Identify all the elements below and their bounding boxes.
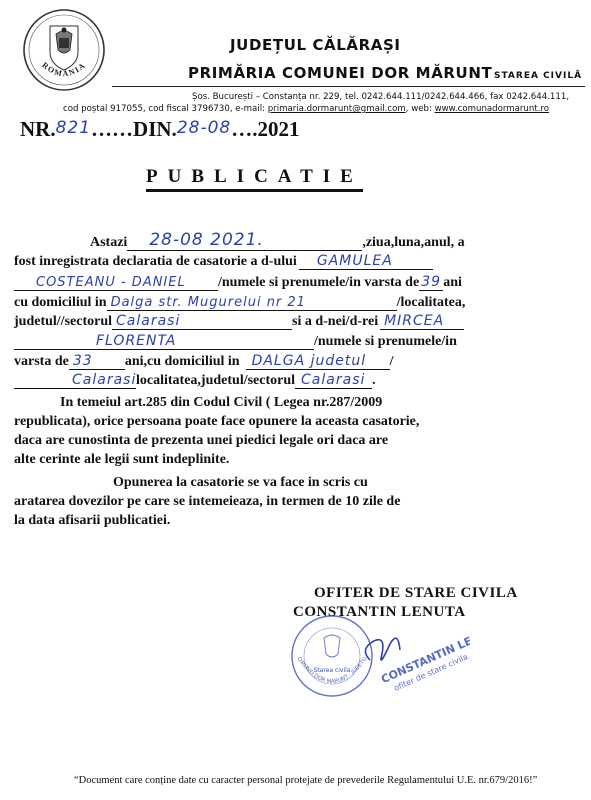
date-value: 28-08 — [177, 118, 231, 138]
bride-age: 33 — [73, 353, 93, 369]
registration-number-line: NR.821……DIN.28-08….2021 — [20, 117, 299, 142]
bride-domicile-text: ani,cu domiciliul in — [125, 354, 240, 369]
department-label: STAREA CIVILĂ — [494, 71, 582, 81]
form-line-declaration: fost inregistrata declaratia de casatori… — [14, 253, 433, 270]
legal-basis-line3: daca are cunostinta de prezenta unei pie… — [14, 431, 388, 450]
bride-county-field: Calarasi — [295, 372, 372, 389]
legal-basis-line4: alte cerinte ale legii sunt indeplinite. — [14, 450, 229, 469]
bride-locality-field: Calarasi — [14, 372, 136, 389]
bride-surname: MIRCEA — [384, 313, 444, 329]
nr-dots: … — [91, 117, 112, 141]
bride-intro-text: si a d-nei/d-rei — [292, 314, 378, 329]
name-text: /numele si prenumele/in — [314, 334, 457, 349]
header-divider — [112, 86, 585, 87]
groom-address: Dalga str. Mugurelui nr 21 — [111, 295, 306, 310]
date-handwritten: 28-08 2021. — [149, 230, 263, 250]
office-heading: PRIMĂRIA COMUNEI DOR MĂRUNT — [188, 64, 492, 82]
bride-surname-field: MIRCEA — [380, 313, 464, 330]
age-text: varsta de — [14, 354, 69, 369]
opposition-line2: aratarea dovezilor pe care se intemeieaz… — [14, 492, 400, 511]
opposition-line3: la data afisarii publicatiei. — [14, 511, 170, 530]
ani-label: ani — [443, 275, 462, 290]
declaration-text: fost inregistrata declaratia de casatori… — [14, 254, 297, 269]
date-dots: …. — [231, 117, 257, 141]
date-field: 28-08 2021. — [127, 234, 362, 251]
website-link[interactable]: www.comunadormarunt.ro — [435, 104, 549, 114]
groom-surname-field: GAMULEA — [299, 253, 433, 270]
svg-text:ROMÂNIA: ROMÂNIA — [40, 60, 87, 78]
bride-given-field: FLORENTA — [14, 333, 314, 350]
legal-basis-line2: republicata), orice persoana poate face … — [14, 412, 419, 431]
contact-line: cod poștal 917055, cod fiscal 3796730, e… — [63, 104, 549, 114]
bride-given-name: FLORENTA — [96, 333, 176, 349]
name-age-text: /numele si prenumele/in varsta de — [218, 275, 419, 290]
groom-county: Calarasi — [116, 313, 180, 329]
gdpr-notice: “Document care conține date cu caracter … — [74, 775, 537, 786]
groom-surname: GAMULEA — [317, 253, 393, 269]
form-line-bride-name: FLORENTA/numele si prenumele/in — [14, 333, 457, 350]
year: 2021 — [257, 117, 299, 141]
form-line-bride-age-address: varsta de33ani,cu domiciliul inDALGA jud… — [14, 353, 393, 370]
address-line: Șos. București – Constanța nr. 229, tel.… — [192, 92, 569, 102]
official-stamp-and-signature-icon: Starea civila PRIMARIA COMUNEI DOR MARUN… — [290, 610, 470, 705]
postal-fiscal-text: cod poștal 917055, cod fiscal 3796730, e… — [63, 104, 268, 114]
email-link[interactable]: primaria.dormarunt@gmail.com — [268, 104, 406, 114]
date-suffix: ,ziua,luna,anul, a — [362, 235, 464, 250]
opposition-line1: Opunerea la casatorie se va face in scri… — [113, 473, 368, 492]
locality-text: /localitatea, — [397, 295, 466, 310]
county-heading: JUDEȚUL CĂLĂRAȘI — [230, 36, 401, 54]
groom-county-field: Calarasi — [112, 313, 292, 330]
bride-locality: Calarasi — [72, 372, 136, 388]
form-line-bride-locality: Calarasilocalitatea,judetul/sectorulCala… — [14, 372, 376, 389]
nr-value: 821 — [56, 118, 91, 138]
groom-given-field: COSTEANU - DANIEL — [14, 274, 218, 291]
astazi-label: Astazi — [90, 235, 127, 250]
groom-age: 39 — [421, 274, 441, 290]
din-label: …DIN. — [112, 117, 177, 141]
legal-basis-line1: In temeiul art.285 din Codul Civil ( Leg… — [60, 393, 382, 412]
bride-address: DALGA judetul — [252, 353, 367, 369]
slash: / — [390, 354, 394, 369]
web-prefix: , web: — [406, 104, 435, 114]
locality-county-text: localitatea,judetul/sectorul — [136, 373, 295, 388]
bride-county: Calarasi — [301, 372, 365, 388]
form-line-county-bride: judetul//sectorulCalarasisi a d-nei/d-re… — [14, 313, 464, 330]
form-line-date: Astazi28-08 2021.,ziua,luna,anul, a — [90, 234, 465, 251]
bride-age-field: 33 — [69, 353, 125, 370]
nr-label: NR. — [20, 117, 56, 141]
groom-address-field: Dalga str. Mugurelui nr 21 — [107, 294, 397, 311]
groom-age-field: 39 — [419, 274, 443, 291]
officer-title: OFITER DE STARE CIVILA — [314, 585, 518, 602]
form-line-groom-name: COSTEANU - DANIEL/numele si prenumele/in… — [14, 274, 462, 291]
form-line-groom-address: cu domiciliul inDalga str. Mugurelui nr … — [14, 294, 465, 311]
period: . — [372, 373, 376, 388]
county-text: judetul//sectorul — [14, 314, 112, 329]
romania-coat-of-arms-seal-icon: ROMÂNIA — [22, 8, 106, 92]
groom-given-name: COSTEANU - DANIEL — [36, 275, 186, 290]
document-title: PUBLICATIE — [146, 166, 363, 192]
domicile-text: cu domiciliul in — [14, 295, 107, 310]
bride-address-field: DALGA judetul — [246, 353, 390, 370]
svg-text:Starea civila: Starea civila — [314, 667, 351, 674]
